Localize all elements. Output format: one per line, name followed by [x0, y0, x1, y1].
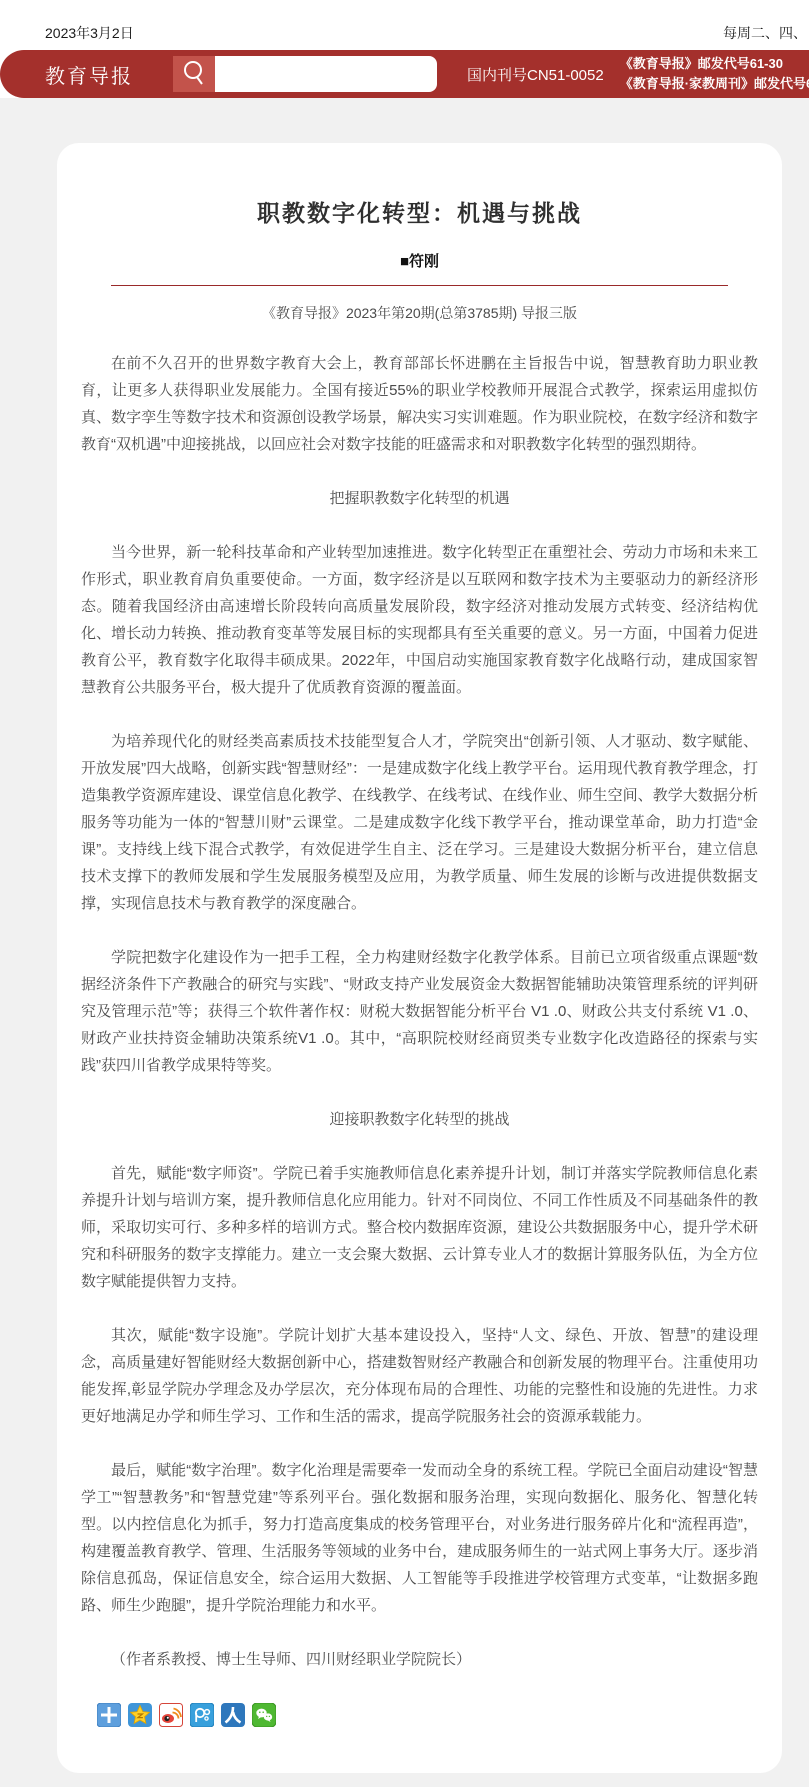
- paragraph: 首先，赋能“数字师资”。学院已着手实施教师信息化素养提升计划，制订并落实学院教师…: [81, 1160, 758, 1295]
- top-strip: 2023年3月2日 每周二、四、: [0, 0, 809, 50]
- issue-number: 国内刊号CN51-0052: [467, 64, 604, 85]
- renren-icon[interactable]: [221, 1703, 245, 1727]
- paragraph: 在前不久召开的世界数字教育大会上，教育部部长怀进鹏在主旨报告中说，智慧教育助力职…: [81, 350, 758, 458]
- wechat-icon[interactable]: [252, 1703, 276, 1727]
- paragraph: 最后，赋能“数字治理”。数字化治理是需要牵一发而动全身的系统工程。学院已全面启动…: [81, 1457, 758, 1619]
- article-card: 职教数字化转型：机遇与挑战 ■符刚 《教育导报》2023年第20期(总第3785…: [57, 143, 782, 1773]
- postal-line-2: 《教育导报·家教周刊》邮发代号61: [620, 74, 809, 94]
- share-bar: [97, 1703, 758, 1727]
- paragraph: 学院把数字化建设作为一把手工程，全力构建财经数字化教学体系。目前已立项省级重点课…: [81, 944, 758, 1079]
- article-source: 《教育导报》2023年第20期(总第3785期) 导报三版: [81, 303, 758, 323]
- search-button[interactable]: [173, 56, 215, 92]
- page-background: 职教数字化转型：机遇与挑战 ■符刚 《教育导报》2023年第20期(总第3785…: [0, 98, 809, 1787]
- qzone-icon[interactable]: [128, 1703, 152, 1727]
- section-heading: 迎接职教数字化转型的挑战: [81, 1106, 758, 1133]
- postal-line-1: 《教育导报》邮发代号61-30: [620, 54, 809, 74]
- publish-schedule-text: 每周二、四、: [723, 23, 809, 43]
- date-text: 2023年3月2日: [45, 23, 134, 43]
- site-header: 教育导报 国内刊号CN51-0052 《教育导报》邮发代号61-30 《教育导报…: [0, 50, 809, 98]
- postal-codes: 《教育导报》邮发代号61-30 《教育导报·家教周刊》邮发代号61: [620, 54, 809, 94]
- article-title: 职教数字化转型：机遇与挑战: [81, 195, 758, 228]
- paragraph: 其次，赋能“数字设施”。学院计划扩大基本建设投入，坚持“人文、绿色、开放、智慧”…: [81, 1322, 758, 1430]
- search-icon: [181, 59, 207, 90]
- baidu-collect-icon[interactable]: [190, 1703, 214, 1727]
- search-input[interactable]: [215, 56, 437, 92]
- site-logo[interactable]: 教育导报: [45, 60, 173, 89]
- paragraph: 当今世界，新一轮科技革命和产业转型加速推进。数字化转型正在重塑社会、劳动力市场和…: [81, 539, 758, 701]
- paragraph: 为培养现代化的财经类高素质技术技能型复合人才，学院突出“创新引领、人才驱动、数字…: [81, 728, 758, 917]
- article-body: 在前不久召开的世界数字教育大会上，教育部部长怀进鹏在主旨报告中说，智慧教育助力职…: [81, 350, 758, 1673]
- section-heading: 把握职教数字化转型的机遇: [81, 485, 758, 512]
- sina-weibo-icon[interactable]: [159, 1703, 183, 1727]
- article-author: ■符刚: [81, 250, 758, 271]
- red-divider: [111, 285, 728, 286]
- paragraph: （作者系教授、博士生导师、四川财经职业学院院长）: [81, 1646, 758, 1673]
- search-bar: [173, 56, 437, 92]
- share-more-icon[interactable]: [97, 1703, 121, 1727]
